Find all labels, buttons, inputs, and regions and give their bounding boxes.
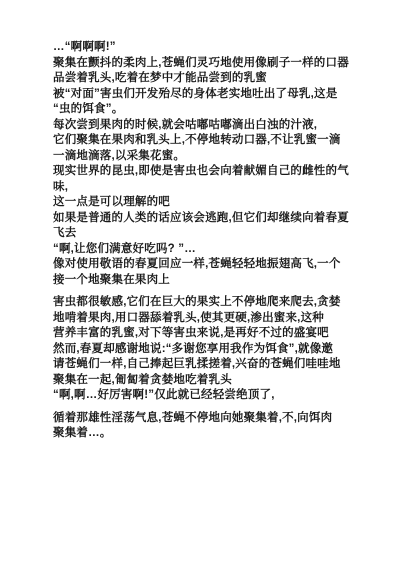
text-block: …“啊啊啊!” 聚集在颤抖的柔肉上,苍蝇们灵巧地使用像刷子一样的口器 品尝着乳头… <box>53 40 354 442</box>
text-line: 品尝着乳头,吃着在梦中才能品尝到的乳蜜 <box>53 71 354 87</box>
text-line: “啊,啊…好厉害啊!”仅此就已经轻尝绝顶了, <box>53 388 354 404</box>
paragraph: 循着那雄性淫荡气息,苍蝇不停地向她聚集着,不,向饵肉 聚集着…。 <box>53 411 354 442</box>
text-line: 聚集着…。 <box>53 426 354 442</box>
text-line: 然而,春夏却感谢地说:“多谢您享用我作为饵食”,就像邀 <box>53 342 354 358</box>
text-line: 被“对面”害虫们开发殆尽的身体老实地吐出了母乳,这是 <box>53 87 354 103</box>
text-line: 一滴地滴落,以采集花蜜。 <box>53 149 354 165</box>
text-line: 接一个地聚集在果肉上 <box>53 273 354 289</box>
text-line: 味, <box>53 180 354 196</box>
document-page: …“啊啊啊!” 聚集在颤抖的柔肉上,苍蝇们灵巧地使用像刷子一样的口器 品尝着乳头… <box>0 0 400 566</box>
text-line: 它们聚集在果肉和乳头上,不停地转动口器,不让乳蜜一滴 <box>53 133 354 149</box>
text-line: 聚集在颤抖的柔肉上,苍蝇们灵巧地使用像刷子一样的口器 <box>53 56 354 72</box>
text-line: 像对使用敬语的春夏回应一样,苍蝇轻轻地振翅高飞,一个 <box>53 257 354 273</box>
paragraph: 害虫都很敏感,它们在巨大的果实上不停地爬来爬去,贪婪 地啃着果肉,用口器舔着乳头… <box>53 295 354 404</box>
text-line: 地啃着果肉,用口器舔着乳头,使其更硬,渗出蜜来,这种 <box>53 311 354 327</box>
text-line: 循着那雄性淫荡气息,苍蝇不停地向她聚集着,不,向饵肉 <box>53 411 354 427</box>
text-line: 飞去 <box>53 226 354 242</box>
text-line: 聚集在一起,匍匐着贪婪地吃着乳头 <box>53 373 354 389</box>
text-line: “虫的饵食”。 <box>53 102 354 118</box>
text-line: 害虫都很敏感,它们在巨大的果实上不停地爬来爬去,贪婪 <box>53 295 354 311</box>
text-line: 营养丰富的乳蜜,对下等害虫来说,是再好不过的盛宴吧 <box>53 326 354 342</box>
text-line: …“啊啊啊!” <box>53 40 354 56</box>
text-line: “啊,让您们满意好吃吗? ”… <box>53 242 354 258</box>
paragraph: …“啊啊啊!” 聚集在颤抖的柔肉上,苍蝇们灵巧地使用像刷子一样的口器 品尝着乳头… <box>53 40 354 288</box>
text-line: 每次尝到果肉的时候,就会咕嘟咕嘟滴出白浊的汁液, <box>53 118 354 134</box>
text-line: 现实世界的昆虫,即使是害虫也会向着献媚自己的雌性的气 <box>53 164 354 180</box>
text-line: 如果是普通的人类的话应该会逃跑,但它们却继续向着春夏 <box>53 211 354 227</box>
text-line: 请苍蝇们一样,自己捧起巨乳揉搓着,兴奋的苍蝇们哇哇地 <box>53 357 354 373</box>
text-line: 这一点是可以理解的吧 <box>53 195 354 211</box>
